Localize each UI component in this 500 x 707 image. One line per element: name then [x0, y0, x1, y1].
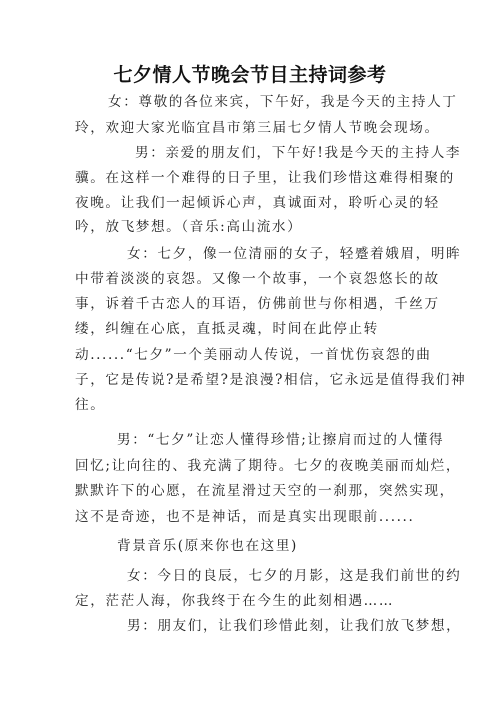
text-line: 男：“七夕”让恋人懂得珍惜;让擦肩而过的人懂得	[117, 432, 444, 448]
text-line: 男：亲爱的朋友们，下午好!我是今天的主持人李	[135, 145, 461, 161]
text-line: 子，它是传说?是希望?是浪漫?相信，它永远是值得我们神	[75, 372, 466, 388]
text-line: 女：今日的良辰，七夕的月影，这是我们前世的约	[127, 568, 461, 584]
text-line: 定，茫茫人海，你我终于在今生的此刻相遇……	[75, 593, 394, 609]
text-line: 夜晚。让我们一起倾诉心声，真诚面对，聆听心灵的轻	[75, 195, 440, 211]
text-line: 这不是奇迹，也不是神话，而是真实出现眼前......	[75, 509, 414, 525]
text-line: 默默许下的心愿，在流星滑过天空的一刹那，突然实现，	[75, 483, 455, 499]
text-line: 吟，放飞梦想。（音乐:高山流水）	[75, 219, 302, 235]
text-line: 往。	[75, 397, 105, 413]
text-line: 回忆;让向往的、我充满了期待。七夕的夜晚美丽而灿烂，	[75, 458, 461, 474]
document-page: 七夕情人节晚会节目主持词参考 女：尊敬的各位来宾，下午好，我是今天的主持人丁玲，…	[0, 0, 500, 707]
text-line: 事，诉着千古恋人的耳语，仿佛前世与你相遇，千丝万	[75, 296, 440, 312]
text-line: 女：尊敬的各位来宾，下午好，我是今天的主持人丁	[108, 94, 457, 110]
text-line: 中带着淡淡的哀怨。又像一个故事，一个哀怨悠长的故	[75, 271, 440, 287]
text-line: 动......“七夕”一个美丽动人传说，一首忧伤哀怨的曲	[75, 347, 432, 363]
text-line: 玲，欢迎大家光临宜昌市第三届七夕情人节晚会现场。	[75, 120, 440, 136]
text-line: 男：朋友们，让我们珍惜此刻，让我们放飞梦想，	[127, 618, 461, 634]
text-line: 背景音乐(原来你也在这里)	[117, 538, 298, 554]
text-line: 骥。在这样一个难得的日子里，让我们珍惜这难得相聚的	[75, 170, 455, 186]
text-line: 缕，纠缠在心底，直抵灵魂，时间在此停止转	[75, 321, 379, 337]
text-line: 女：七夕，像一位清丽的女子，轻蹙着娥眉，明眸	[127, 246, 461, 262]
document-title: 七夕情人节晚会节目主持词参考	[0, 60, 500, 87]
